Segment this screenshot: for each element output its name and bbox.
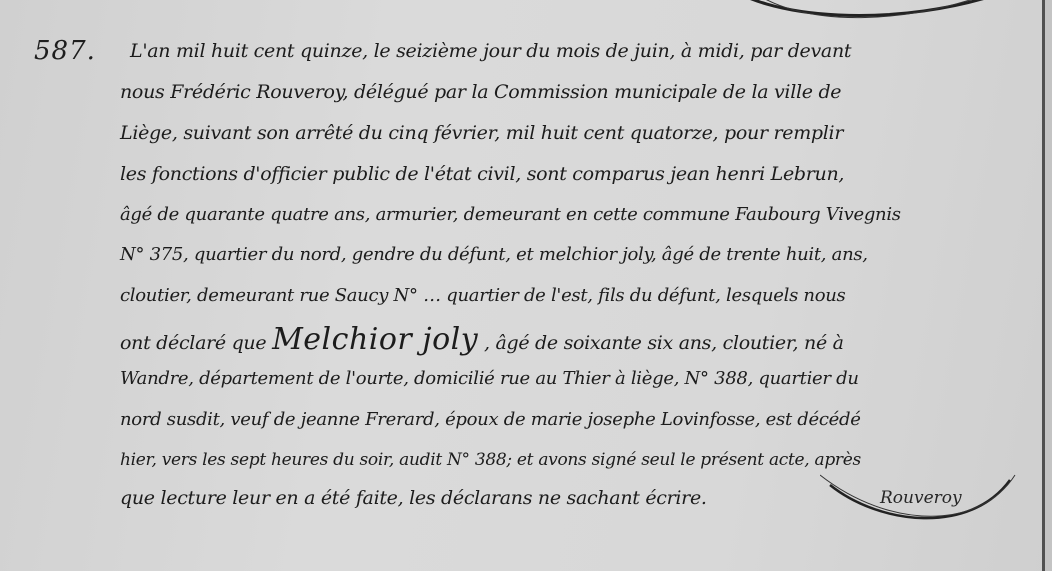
text-line: nous Frédéric Rouveroy, délégué par la C…: [120, 81, 841, 103]
official-signature: Rouveroy: [880, 488, 962, 508]
text-line: Wandre, département de l'ourte, domicili…: [120, 368, 859, 389]
text-line: les fonctions d'officier public de l'éta…: [120, 163, 844, 185]
text-line: nord susdit, veuf de jeanne Frerard, épo…: [120, 409, 861, 430]
text-line: N° 375, quartier du nord, gendre du défu…: [120, 244, 868, 265]
text-line: que lecture leur en a été faite, les déc…: [120, 487, 707, 509]
text-line: L'an mil huit cent quinze, le seizième j…: [130, 40, 851, 62]
text-line-with-name: ont déclaré que Melchior joly , âgé de s…: [120, 322, 844, 357]
text-line: cloutier, demeurant rue Saucy N° … quart…: [120, 285, 846, 306]
text-line: âgé de quarante quatre ans, armurier, de…: [120, 204, 901, 225]
declaration-text: ont déclaré que: [120, 332, 266, 354]
deceased-name: Melchior joly: [272, 322, 478, 357]
declaration-text: , âgé de soixante six ans, cloutier, né …: [484, 332, 844, 354]
entry-number: 587.: [34, 36, 96, 66]
text-line: Liège, suivant son arrêté du cinq févrie…: [120, 122, 843, 144]
text-line: hier, vers les sept heures du soir, audi…: [120, 450, 861, 470]
page-margin: [1045, 0, 1052, 571]
